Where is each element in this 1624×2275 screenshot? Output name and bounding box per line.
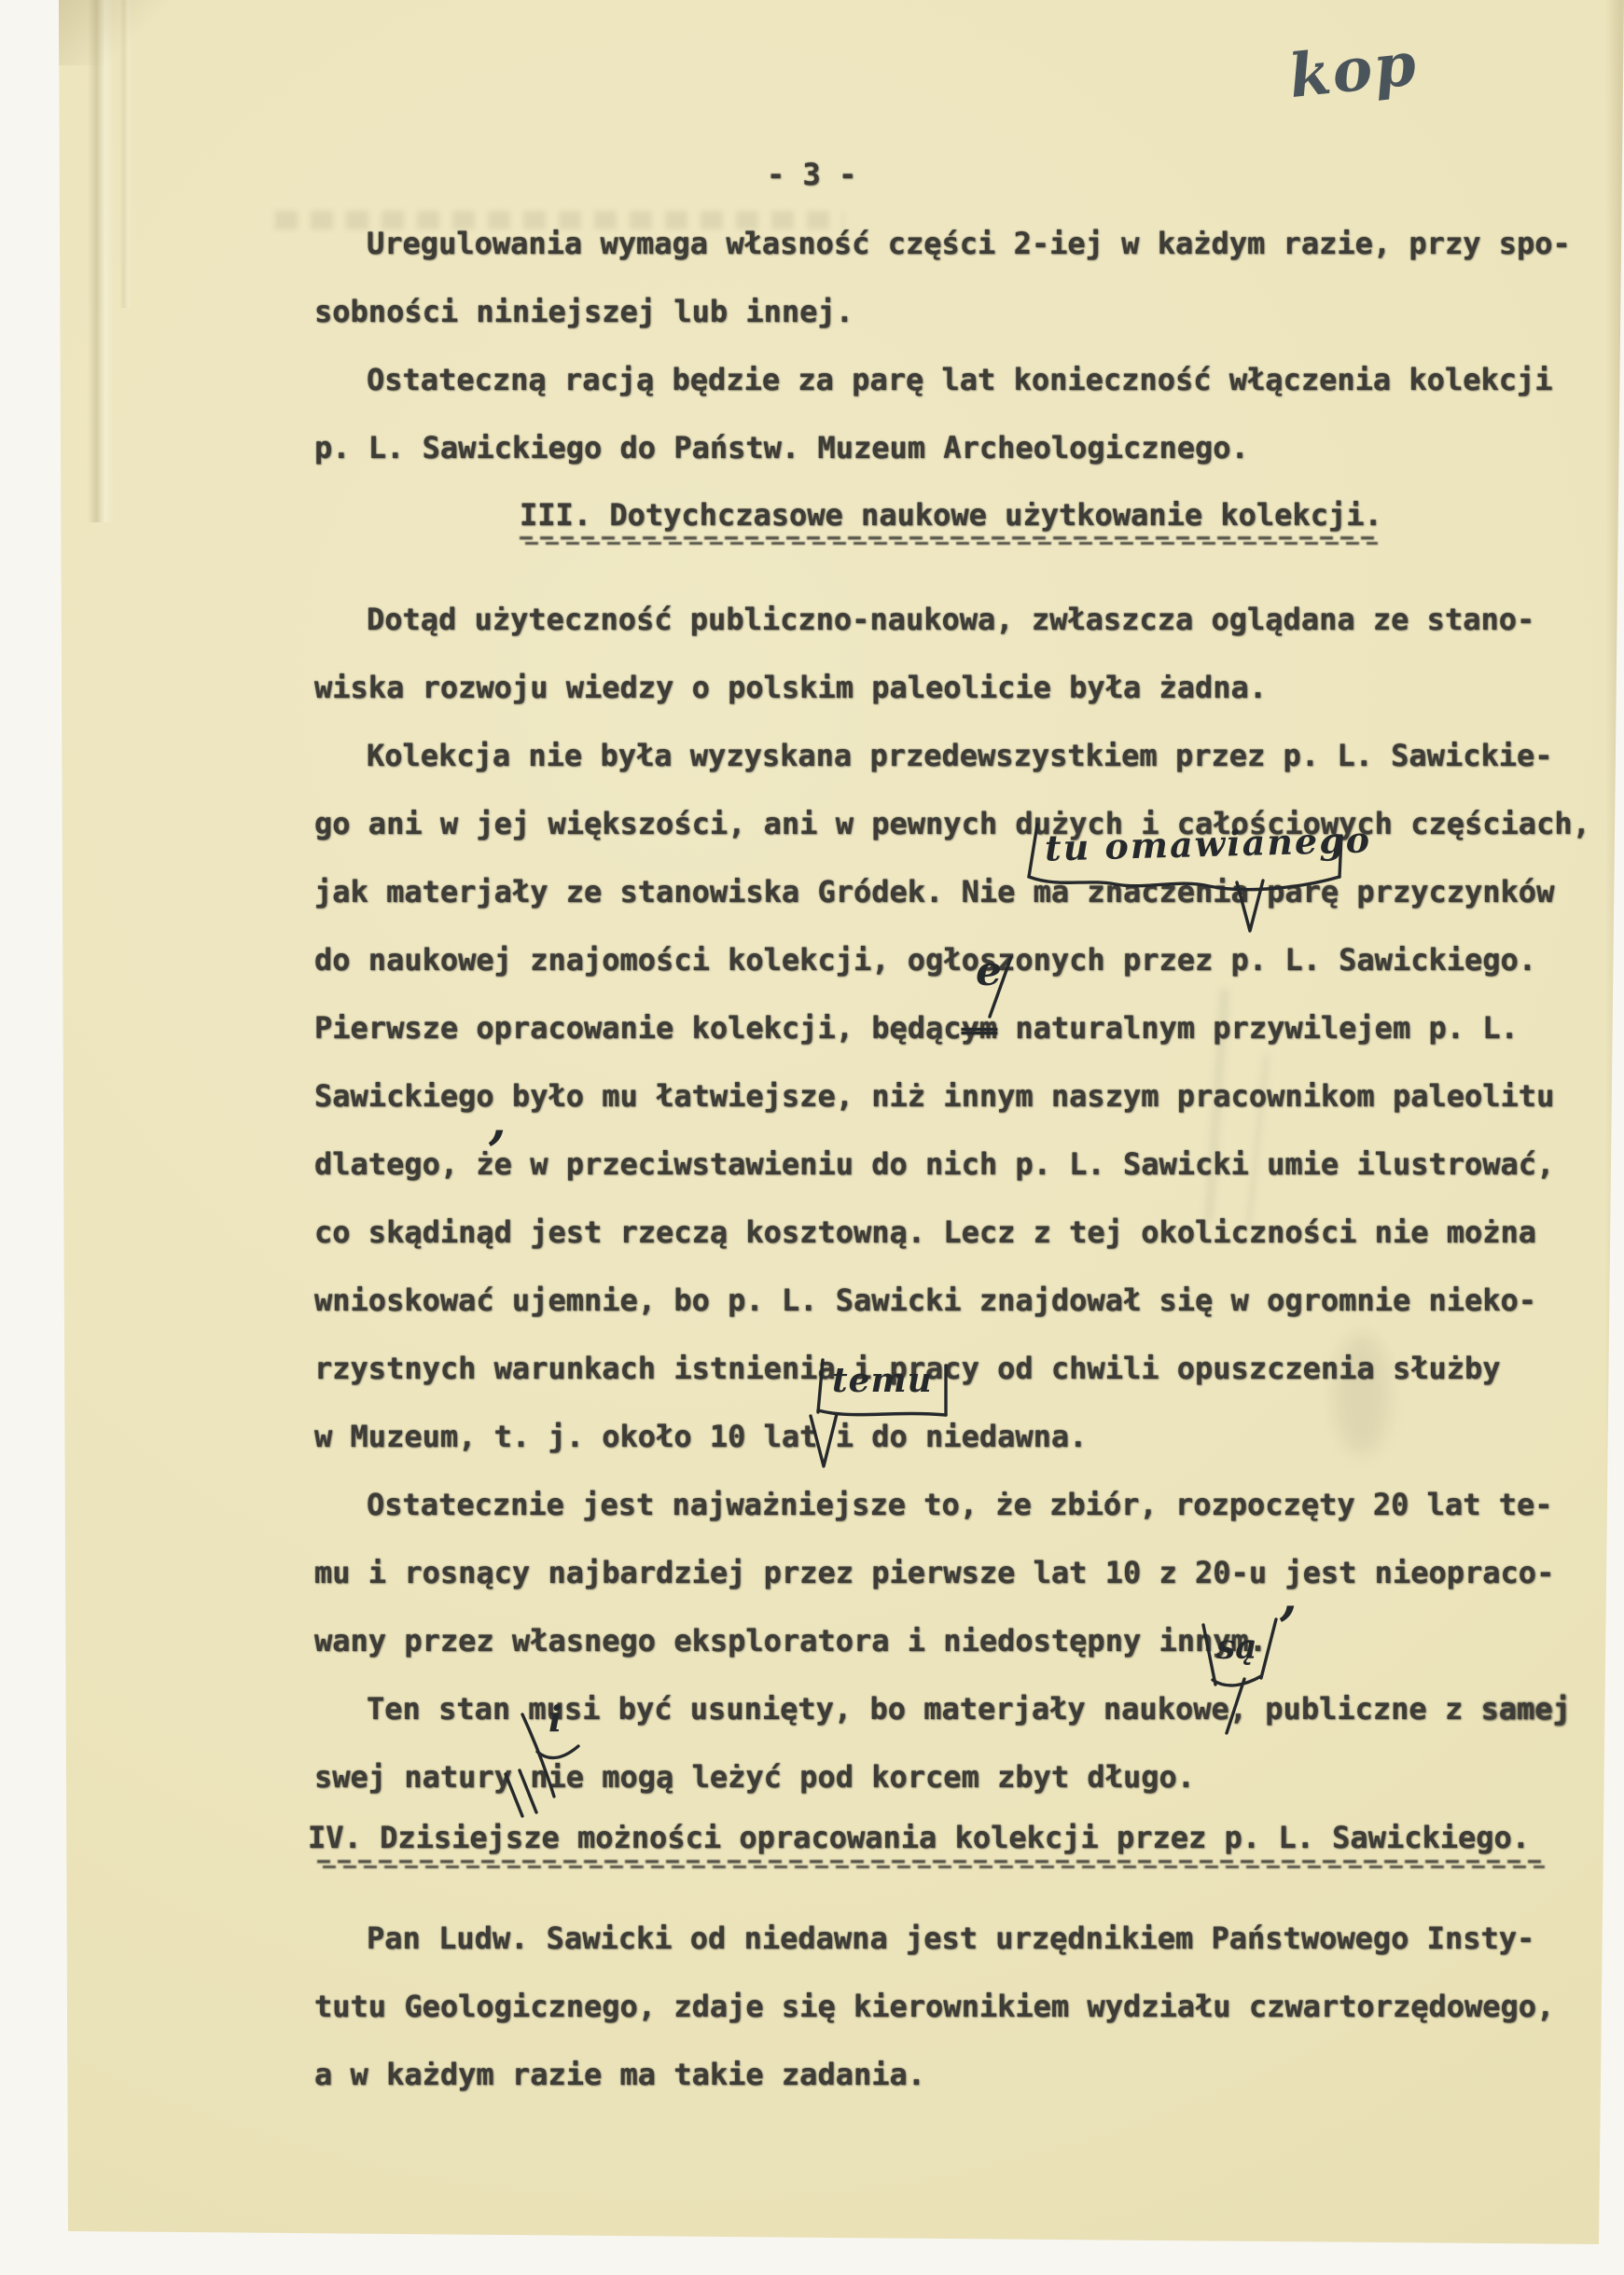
typed-line: wiska rozwoju wiedzy o polskim paleolici… — [314, 670, 1267, 705]
typed-segment: samej — [1480, 1691, 1570, 1727]
page-number: - 3 - — [767, 157, 856, 192]
handwritten-insert-sa: są — [1216, 1630, 1257, 1664]
handwritten-comma: , — [1280, 1571, 1298, 1621]
typed-line: sobności niniejszej lub innej. — [314, 294, 854, 329]
typed-line: co skądinąd jest rzeczą kosztowną. Lecz … — [314, 1214, 1536, 1250]
typed-line: jak materjały ze stanowiska Gródek. Nie … — [314, 874, 1554, 909]
handwritten-note-kop: kop — [1286, 35, 1421, 107]
handwritten-insert-temu: temu — [832, 1364, 933, 1397]
typed-line: swej natury nie mogą leżyć pod korcem zb… — [314, 1759, 1195, 1795]
typed-line: Pan Ludw. Sawicki od niedawna jest urzęd… — [367, 1921, 1534, 1956]
handwritten-comma: , — [489, 1095, 507, 1145]
struck-text: ym — [962, 1010, 998, 1046]
typed-line: tutu Geologicznego, zdaje się kierowniki… — [314, 1989, 1554, 2024]
typed-line: wnioskować ujemnie, bo p. L. Sawicki zna… — [314, 1283, 1536, 1318]
typed-segment: Ten stan musi być usunięty, bo materjały… — [367, 1691, 1480, 1727]
scanned-document: - 3 - Uregulowania wymaga własność częśc… — [0, 0, 1624, 2275]
typed-line: Kolekcja nie była wyzyskana przedewszyst… — [367, 738, 1553, 773]
dashed-underline — [317, 1860, 1545, 1868]
typed-line: Dotąd użyteczność publiczno-naukowa, zwł… — [367, 602, 1534, 637]
typed-line: Ten stan musi być usunięty, bo materjały… — [367, 1691, 1571, 1727]
typed-line: w Muzeum, t. j. około 10 lat i do niedaw… — [314, 1419, 1087, 1454]
typed-line: wany przez własnego eksploratora i niedo… — [314, 1623, 1267, 1658]
typed-segment: naturalnym przywilejem p. L. — [997, 1010, 1519, 1046]
typed-line: Ostateczną racją będzie za parę lat koni… — [367, 362, 1553, 397]
typed-line: mu i rosnący najbardziej przez pierwsze … — [314, 1555, 1554, 1590]
typed-line: Uregulowania wymaga własność części 2-ie… — [367, 226, 1571, 261]
typed-line: do naukowej znajomości kolekcji, ogłoszo… — [314, 942, 1536, 978]
typed-line: dlatego, że w przeciwstawieniu do nich p… — [314, 1146, 1554, 1182]
typed-line: Ostatecznie jest najważniejsze to, że zb… — [367, 1487, 1553, 1522]
handwritten-insert-i: i — [548, 1701, 562, 1737]
typed-line: p. L. Sawickiego do Państw. Muzeum Arche… — [314, 430, 1249, 465]
typed-segment: Pierwsze opracowanie kolekcji, będąc — [314, 1010, 962, 1046]
dashed-underline — [520, 536, 1378, 545]
handwritten-insert-tu-omawianego: tu omawianego — [1045, 822, 1372, 866]
typed-line: a w każdym razie ma takie zadania. — [314, 2057, 925, 2092]
typed-line: Pierwsze opracowanie kolekcji, będącym n… — [314, 1010, 1519, 1046]
handwritten-correction-e: e — [976, 951, 1002, 992]
section-heading-iv: IV. Dzisiejsze możności opracowania kole… — [308, 1820, 1530, 1855]
section-heading-iii: III. Dotychczasowe naukowe użytkowanie k… — [520, 497, 1382, 533]
typed-line: go ani w jej większości, ani w pewnych d… — [314, 806, 1590, 841]
